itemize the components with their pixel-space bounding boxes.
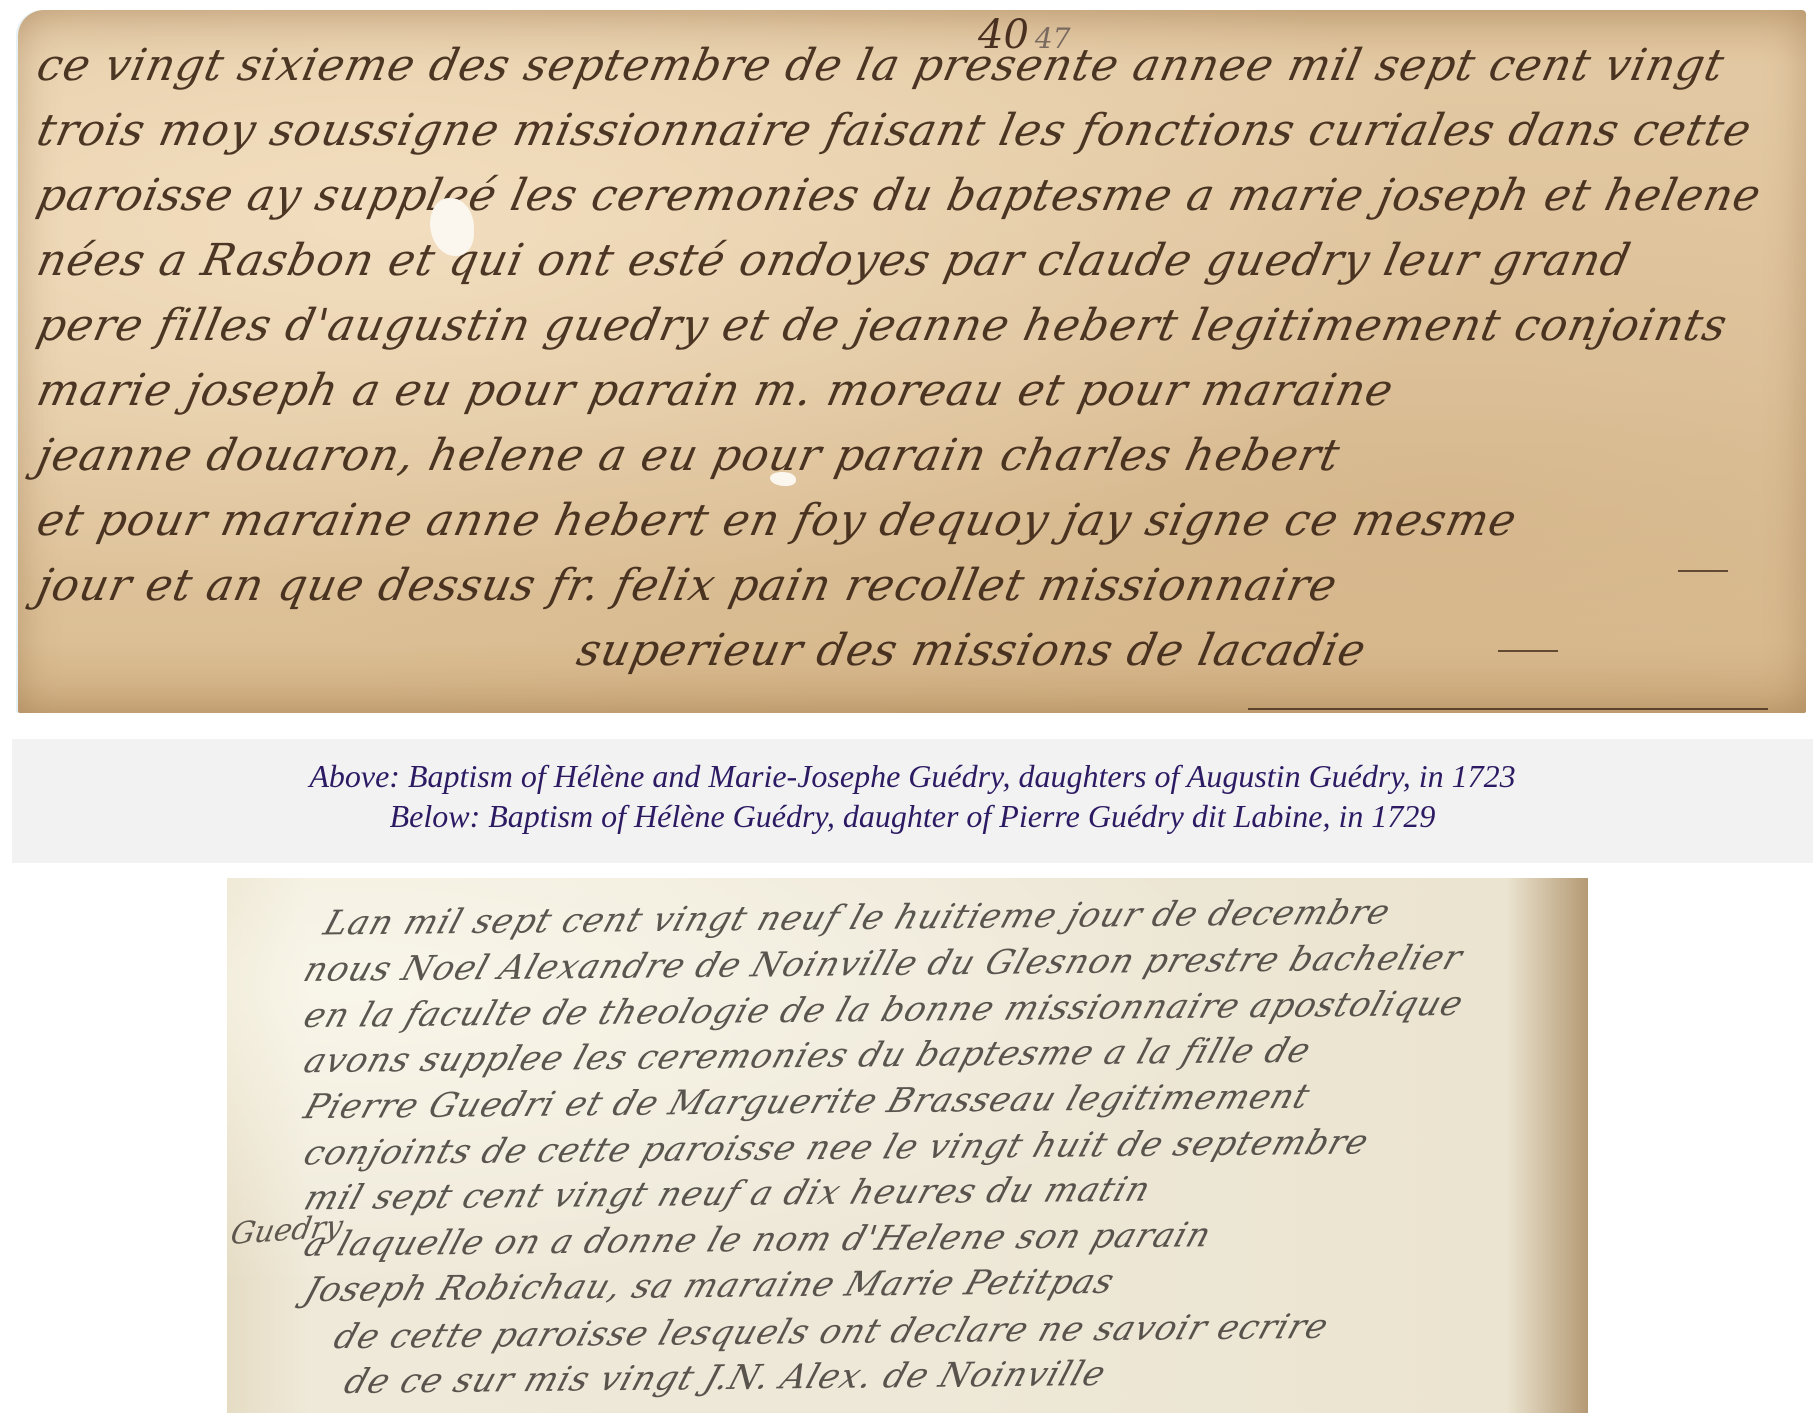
handwritten-line: jeanne douaron, helene a eu pour parain … <box>33 430 1772 481</box>
line-filler-dash <box>1248 708 1768 710</box>
handwritten-line: paroisse ay suppleé les ceremonies du ba… <box>33 170 1772 221</box>
top-manuscript-image: 4047 ce vingt sixieme des septembre de l… <box>18 10 1806 713</box>
handwritten-line: jour et an que dessus fr. felix pain rec… <box>33 560 1772 611</box>
handwritten-line: en la faculte de theologie de la bonne m… <box>299 984 1469 1036</box>
paper-damage <box>770 472 796 486</box>
handwritten-line: pere filles d'augustin guedry et de jean… <box>33 300 1772 351</box>
handwritten-line: nées a Rasbon et qui ont esté ondoyes pa… <box>33 235 1772 286</box>
handwritten-line: conjoints de cette paroisse nee le vingt… <box>299 1122 1374 1173</box>
handwritten-line: trois moy soussigne missionnaire faisant… <box>33 105 1772 156</box>
line-filler-dash <box>1498 650 1558 652</box>
handwritten-line: superieur des missions de lacadie <box>573 625 1772 676</box>
handwritten-line: Lan mil sept cent vingt neuf le huitieme… <box>319 892 1396 943</box>
bottom-manuscript-image: Guedry Lan mil sept cent vingt neuf le h… <box>227 878 1588 1413</box>
handwritten-line: Pierre Guedri et de Marguerite Brasseau … <box>299 1077 1315 1127</box>
handwritten-line: et pour maraine anne hebert en foy dequo… <box>33 495 1772 546</box>
handwritten-line: de ce sur mis vingt J.N. Alex. de Noinvi… <box>339 1354 1111 1402</box>
handwritten-line: de cette paroisse lesquels ont declare n… <box>329 1307 1334 1357</box>
line-filler-dash <box>1678 570 1728 572</box>
handwritten-line: a laquelle on a donne le nom d'Helene so… <box>299 1215 1216 1264</box>
handwritten-line: avons supplee les ceremonies du baptesme… <box>299 1031 1316 1081</box>
caption-box: Above: Baptism of Hélène and Marie-Josep… <box>12 739 1813 863</box>
handwritten-line: marie joseph a eu pour parain m. moreau … <box>33 365 1772 416</box>
caption-above: Above: Baptism of Hélène and Marie-Josep… <box>309 756 1515 796</box>
handwritten-line: mil sept cent vingt neuf a dix heures du… <box>299 1170 1156 1219</box>
handwritten-line: ce vingt sixieme des septembre de la pre… <box>33 40 1772 91</box>
handwritten-line: nous Noel Alexandre de Noinville du Gles… <box>299 938 1468 990</box>
handwritten-line: Joseph Robichau, sa maraine Marie Petitp… <box>299 1262 1119 1310</box>
caption-below: Below: Baptism of Hélène Guédry, daughte… <box>390 796 1436 836</box>
